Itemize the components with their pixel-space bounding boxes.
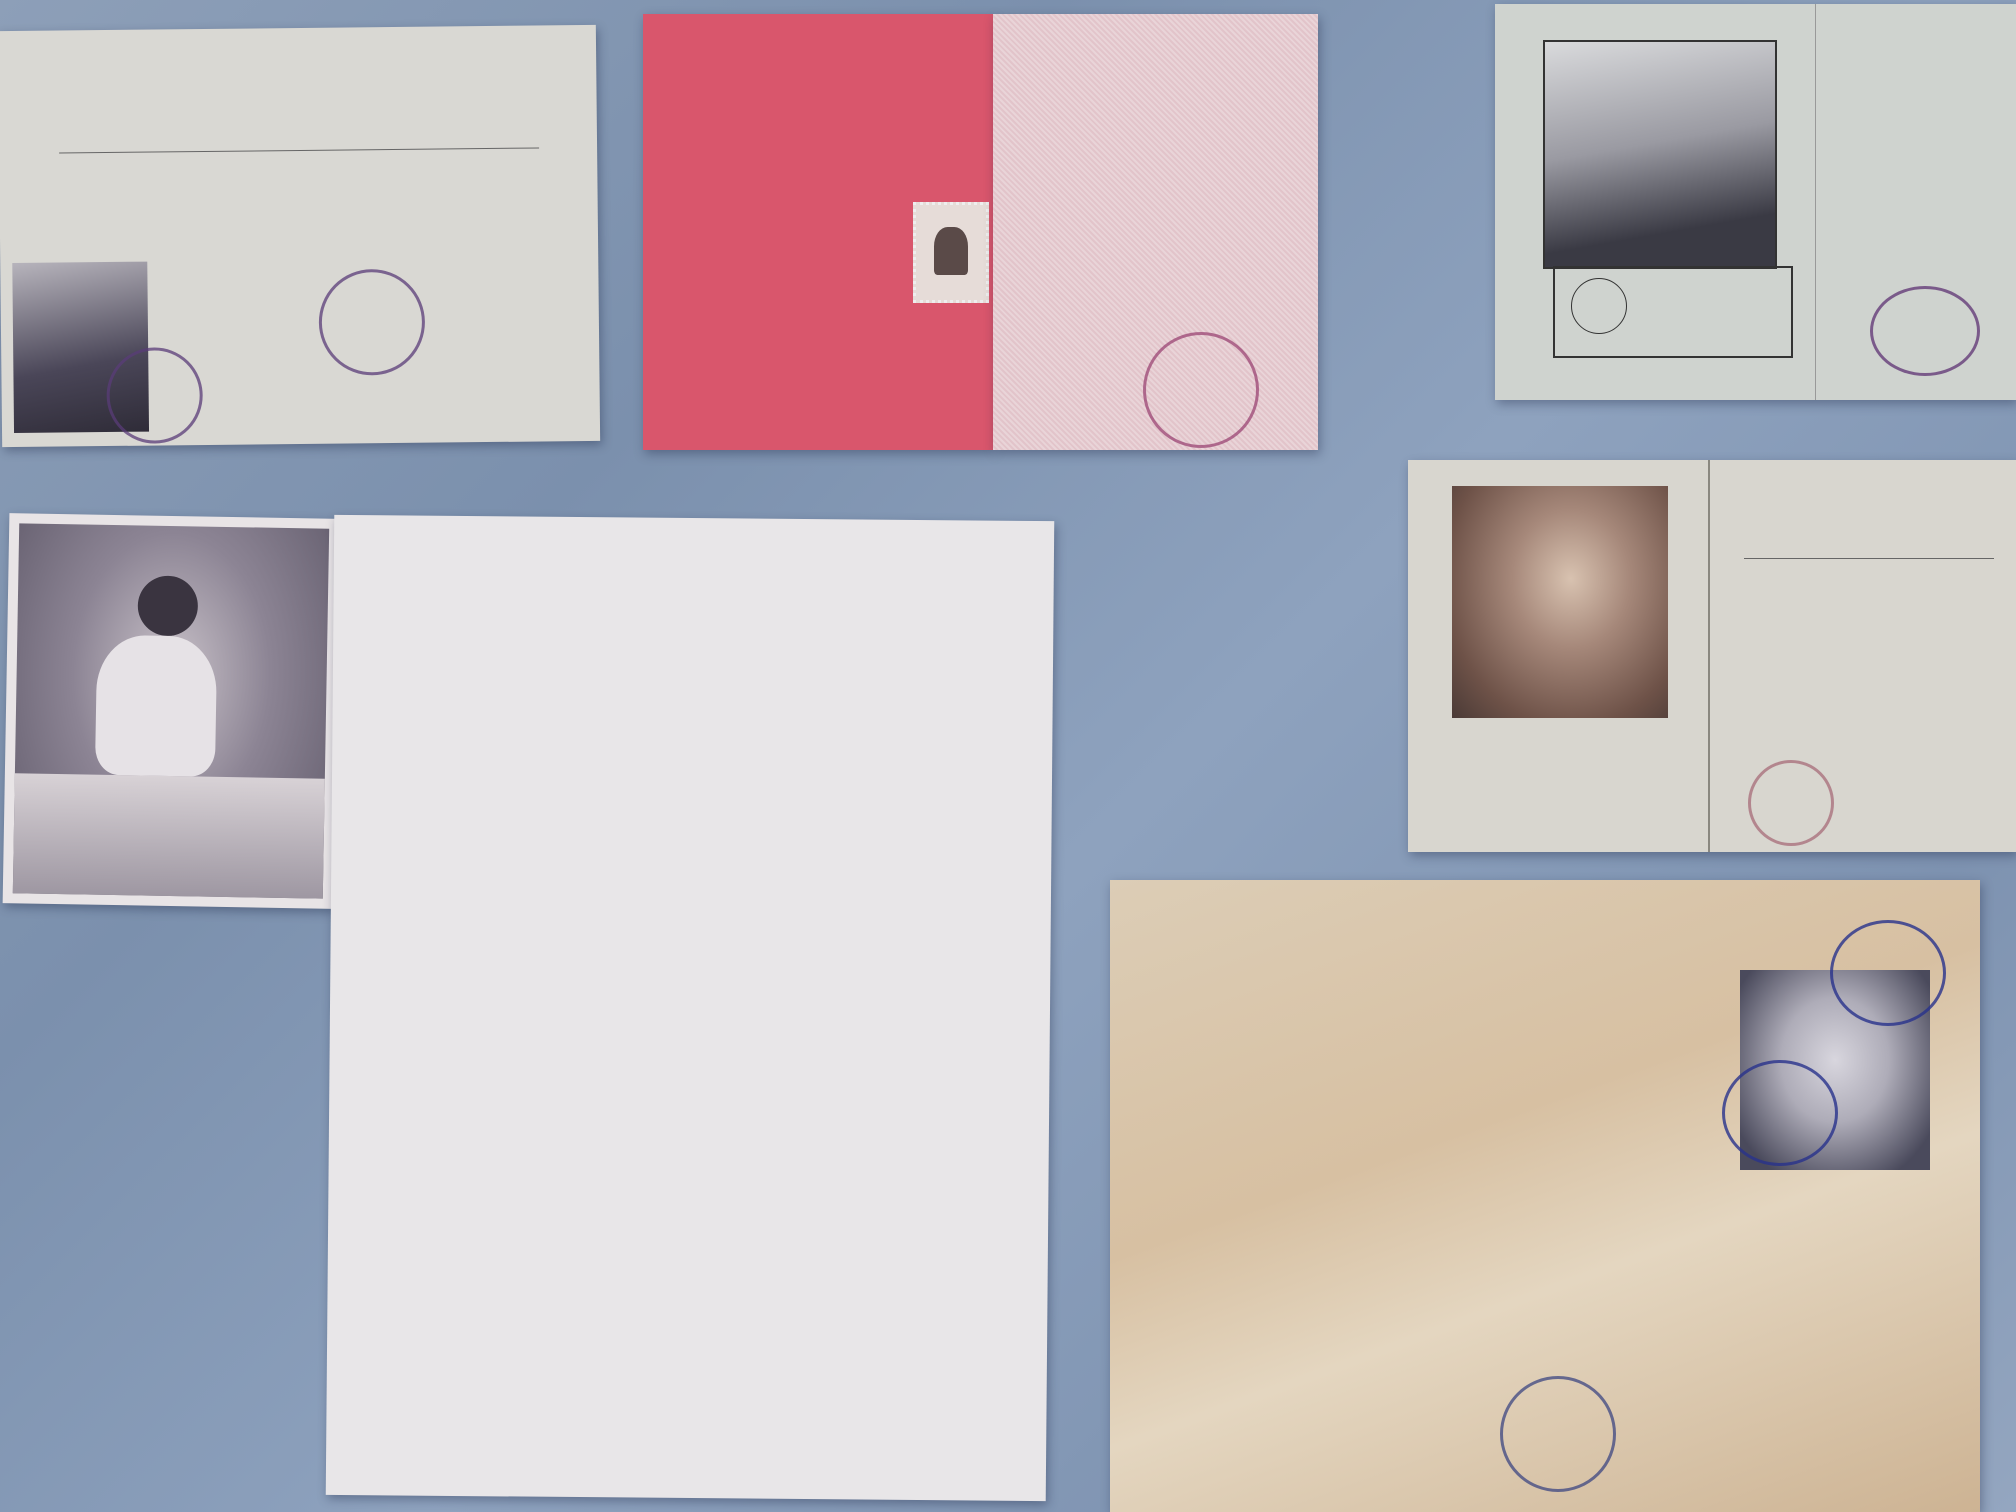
austria-seal [1870,286,1980,376]
ausweis-occupation-row [14,201,554,207]
ausweis-name [59,147,539,153]
ausweis-residence-row [13,175,553,181]
baby-head [137,575,198,636]
small-stamp-figure [934,227,968,275]
ausweis-address-row [14,225,554,247]
norway-seal-photo-bottom [1722,1060,1838,1166]
ausweis-eagle-stamp [106,347,203,444]
norway-seal-bottom [1500,1376,1616,1492]
license-fold [1708,460,1710,852]
letter-sender-block [334,515,1054,521]
albanian-id-certificate [993,14,1318,450]
norway-seal-photo-top [1830,920,1946,1026]
albanian-stamp-sheet [643,14,993,450]
hungarian-driver-license [1408,460,2016,852]
ausweis-document [0,25,600,447]
austria-photo [1543,40,1777,269]
hungary-photo [1452,486,1668,718]
baby-body [95,635,217,777]
card-fold [1815,4,1816,400]
hungary-name [1744,558,1994,559]
ausweis-official-stamp [318,269,425,376]
letter-body [334,515,1054,521]
baby-photograph [3,513,340,909]
norwegian-border-certificate [1110,880,1980,1512]
baby-photo-image [13,523,329,898]
austria-ls-seal [1571,278,1627,334]
ausweis-intro [26,83,566,89]
austria-signature-box [1553,266,1793,358]
small-stamp [913,202,989,303]
albcert-seal [1143,332,1259,448]
hungary-ph-seal [1748,760,1834,846]
handwritten-letter [326,515,1055,1501]
baby-cushion [13,773,325,898]
austrian-id-card [1495,4,2016,400]
